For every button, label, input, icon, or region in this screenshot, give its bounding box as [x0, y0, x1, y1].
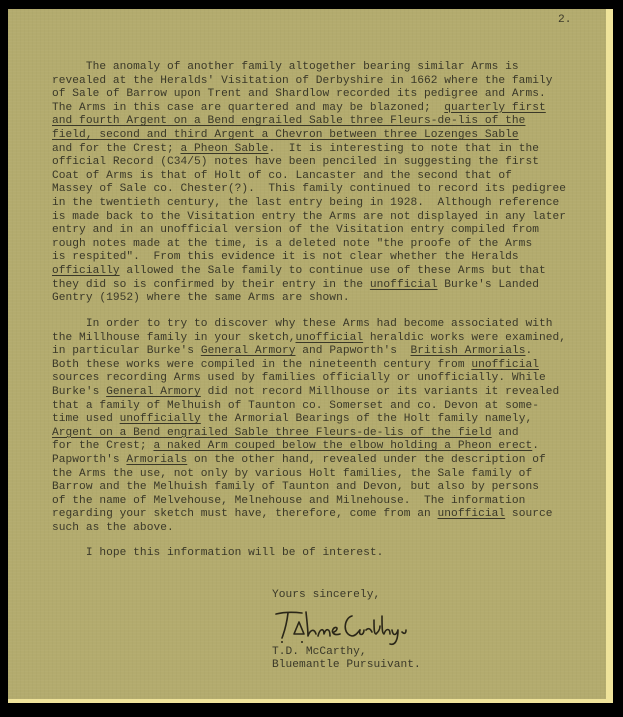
paragraph-2: In order to try to discover why these Ar…	[52, 318, 592, 536]
handwritten-signature	[272, 604, 412, 648]
blazon-underline: quarterly first	[444, 102, 545, 114]
valediction: Yours sincerely,	[272, 589, 380, 601]
crest-underline: a Pheon Sable	[181, 143, 269, 155]
signatory-name: T.D. McCarthy,	[272, 646, 367, 658]
paragraph-1: The anomaly of another family altogether…	[52, 61, 592, 306]
page-edge-bottom	[8, 699, 613, 703]
page-edge-right	[606, 9, 613, 703]
page-number: 2.	[558, 14, 572, 26]
paragraph-3: I hope this information will be of inter…	[52, 547, 592, 561]
signatory-title: Bluemantle Pursuivant.	[272, 659, 421, 671]
